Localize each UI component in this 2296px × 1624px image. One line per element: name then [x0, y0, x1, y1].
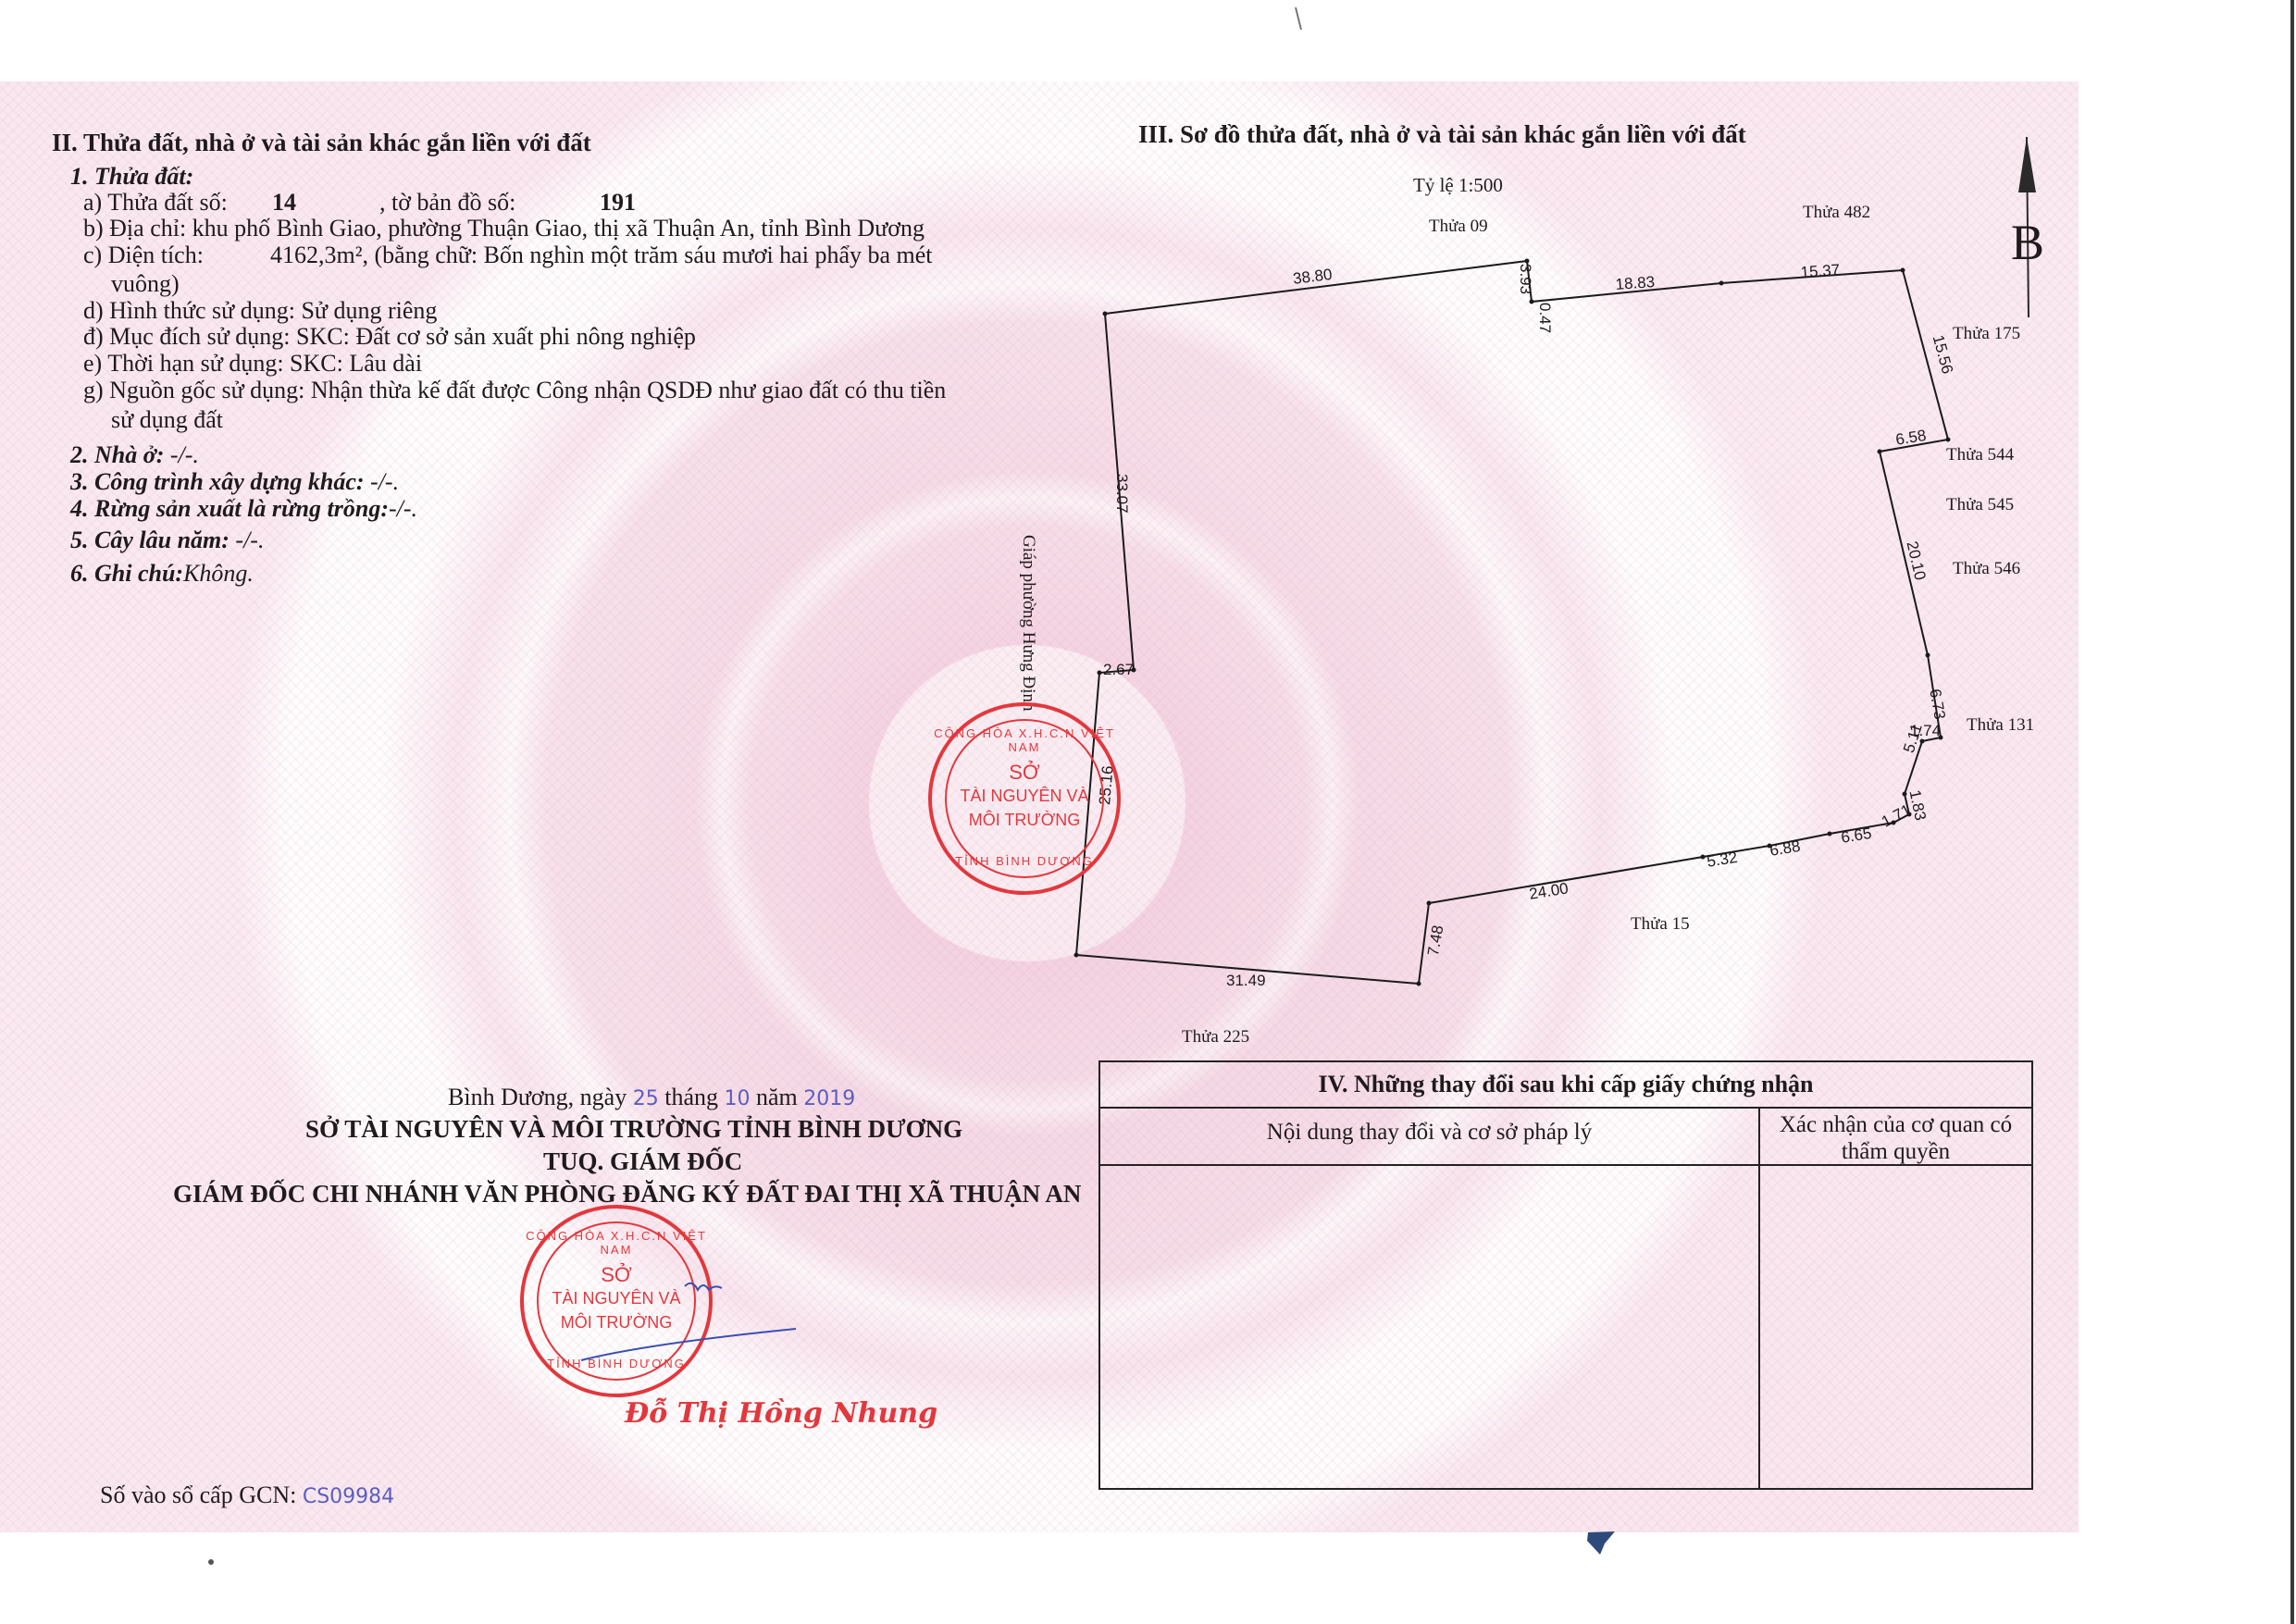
- scan-marks: [0, 0, 2296, 1624]
